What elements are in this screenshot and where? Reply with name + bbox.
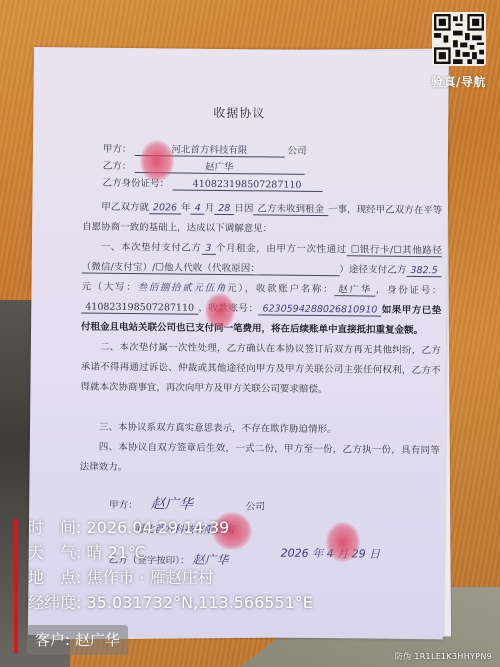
coordinates-label: 经纬度:: [28, 590, 81, 613]
intro-text: 日因: [234, 203, 253, 214]
clause1-text: 元（大写：: [81, 282, 137, 294]
party-a-label: 甲方：: [103, 144, 132, 155]
watermark-weather: 天 气: 晴 21℃: [28, 540, 146, 563]
clause1-text: 元），收款账户名称：: [227, 283, 334, 295]
weather-value: 晴 21℃: [87, 543, 146, 562]
watermark-time: 时 间: 2026.04.29 14:39: [28, 515, 229, 538]
qr-verify-navigate-label[interactable]: 验真/导航: [431, 73, 486, 90]
time-label: 时 间:: [28, 515, 81, 538]
document-title: 收据协议: [213, 104, 265, 122]
sign-a-signature: 赵广华: [151, 496, 193, 512]
party-b-field: 乙方： 赵广华: [103, 158, 305, 175]
party-b-label: 乙方：: [103, 161, 132, 172]
intro-paragraph: 甲乙双方就2026年4月28日因乙方未收到租金一事，现经甲乙双方在平等自愿协商一…: [82, 198, 442, 242]
intro-year: 2026: [149, 202, 181, 214]
clause1-reason-blank: [259, 263, 339, 276]
clause1-text: ，身份证号：: [376, 285, 442, 297]
party-a-suffix: 公司: [287, 146, 306, 157]
sign-a-suffix: 公司: [246, 501, 265, 512]
qr-code-icon: [434, 14, 484, 64]
clause1-text: ）途径支付乙方: [339, 264, 406, 276]
intro-reason: 乙方未收到租金: [253, 203, 328, 216]
clause-1: 一、本次垫付支付乙方3个月租金，由甲方一次性通过☐银行卡/☐其他路径（微信/支付…: [81, 238, 442, 342]
clause1-account-id: 410823198507287110: [81, 302, 198, 315]
clause1-account-name: 赵广华: [334, 284, 376, 296]
clause-4: 四、本协议自双方签章后生效，一式二份，甲方至一份，乙方执一份，具有同等法律效力。: [79, 438, 439, 482]
weather-label: 天 气:: [28, 540, 81, 563]
watermark-location: 地 点: 焦作市 · 雁赵庄村: [28, 565, 214, 588]
clause1-text: 一、本次垫付支付乙方: [101, 242, 202, 254]
sign-party-a: 甲方： 赵广华 公司: [109, 493, 265, 515]
intro-month: 4: [191, 203, 205, 215]
clause1-amount-words: 叁佰捌拾贰元伍角: [137, 282, 227, 294]
clause1-account-number: 6230594288026810910: [258, 303, 381, 316]
fingerprint-stamp: [205, 293, 235, 329]
watermark-client: 客户: 赵广华: [27, 625, 128, 655]
intro-text: 月: [205, 203, 215, 214]
intro-text: 甲乙双方就: [101, 202, 149, 213]
party-b-id-field: 乙方身份证号： 410823198507287110: [103, 175, 323, 192]
clause1-amount: 382.5: [406, 265, 441, 277]
anti-counterfeit-code: 防伪 1R1LE1K3HHYPN9: [395, 651, 492, 662]
watermark-coordinates: 经纬度: 35.031732°N,113.566551°E: [28, 590, 313, 613]
party-a-field: 甲方： 河北首方科技有限 公司: [103, 141, 307, 158]
clause-2: 二、本次垫付属一次性处理，乙方确认在本协议签订后双方再无其他纠纷，乙方承诺不得再…: [80, 338, 441, 402]
fingerprint-stamp: [326, 522, 360, 562]
fingerprint-stamp: [140, 140, 174, 182]
clause1-months: 3: [201, 243, 215, 255]
time-value: 2026.04.29 14:39: [87, 518, 230, 537]
coordinates-value: 35.031732°N,113.566551°E: [87, 593, 313, 612]
intro-text: 年: [181, 203, 191, 214]
verification-qr-code[interactable]: [432, 12, 486, 66]
watermark-accent-bar: [14, 519, 18, 653]
party-b-id-value: 410823198507287110: [172, 178, 322, 192]
clause1-text: 个月租金，由甲方一次性通过: [215, 243, 346, 255]
location-label: 地 点:: [28, 565, 81, 588]
sign-a-label: 甲方：: [109, 500, 138, 511]
intro-day: 28: [214, 203, 234, 215]
location-value: 焦作市 · 雁赵庄村: [87, 568, 214, 587]
